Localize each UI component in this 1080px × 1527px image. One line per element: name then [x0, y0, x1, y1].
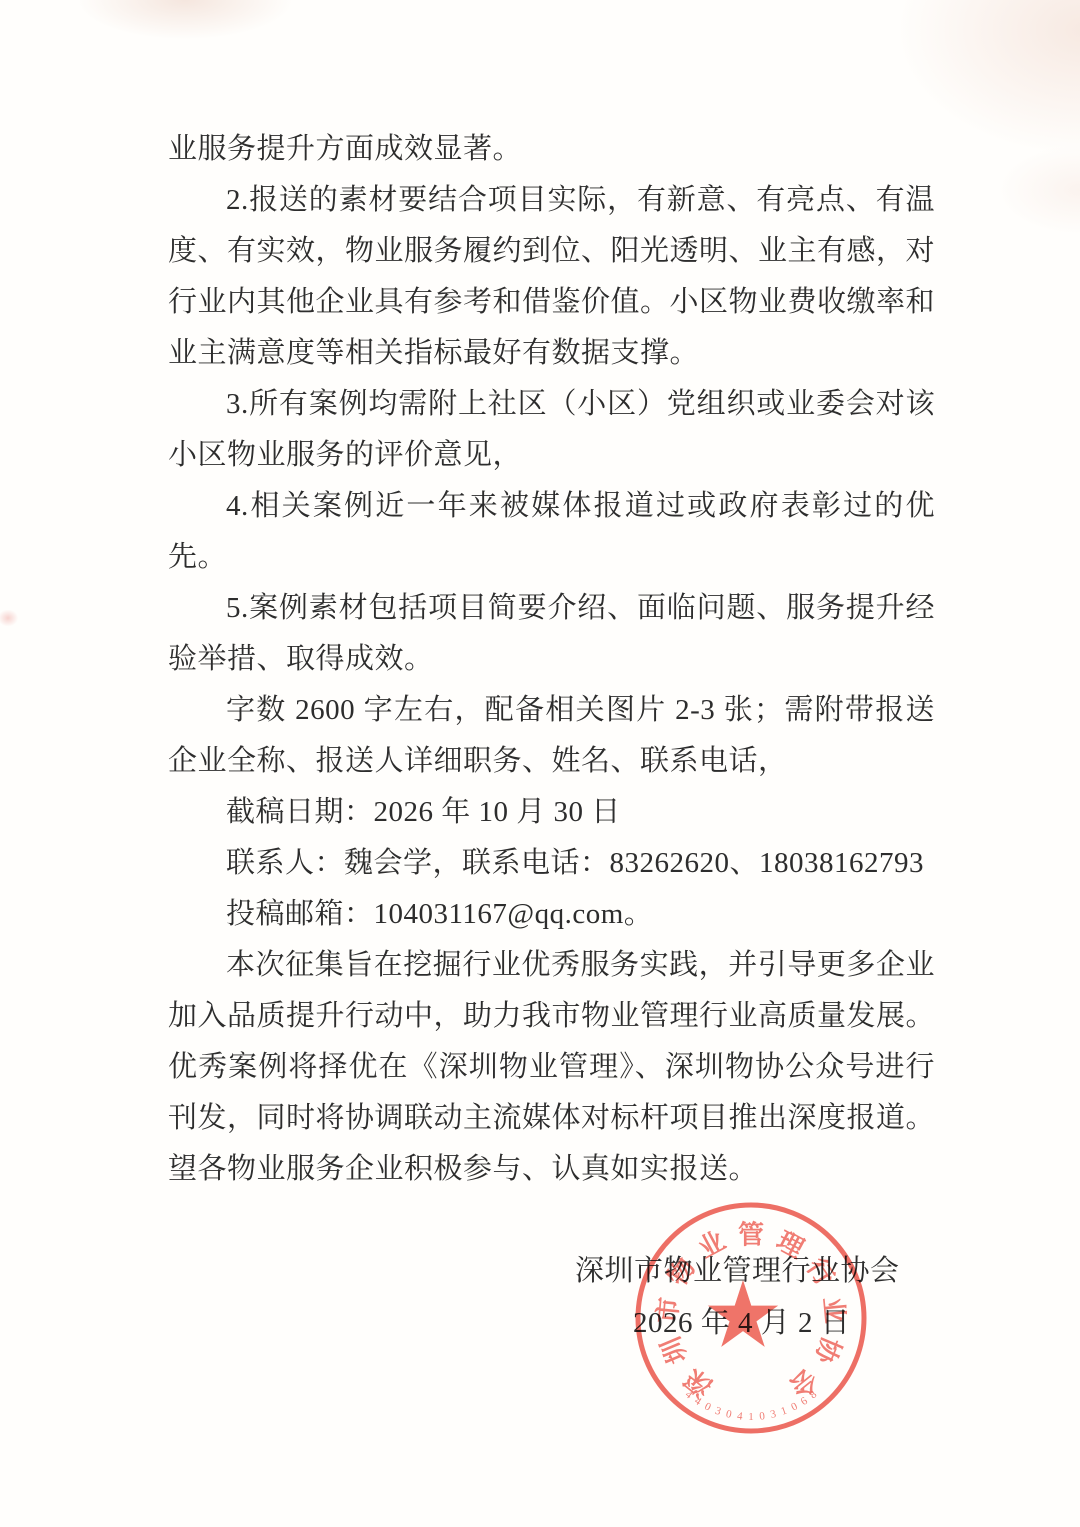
seal-ring-char: 物 [663, 1253, 702, 1291]
seal-ring-char: 圳 [656, 1333, 693, 1368]
seal-code-digit: 1 [748, 1411, 754, 1423]
seal-ring-char: 行 [801, 1253, 840, 1291]
seal-ring-char: 业 [818, 1296, 849, 1325]
seal-ring-char: 理 [772, 1226, 809, 1264]
document-body: 业服务提升方面成效显著。2.报送的素材要结合项目实际，有新意、有亮点、有温度、有… [168, 124, 935, 1195]
paragraph: 投稿邮箱：104031167@qq.com。 [168, 889, 935, 940]
paragraph: 2.报送的素材要结合项目实际，有新意、有亮点、有温度、有实效，物业服务履约到位、… [168, 175, 935, 379]
seal-star-icon [708, 1280, 778, 1347]
seal-code-digit: 0 [725, 1408, 734, 1421]
seal-ring-char: 业 [693, 1226, 730, 1264]
paragraph: 3.所有案例均需附上社区（小区）党组织或业委会对该小区物业服务的评价意见， [168, 379, 935, 481]
seal-code-digit: 3 [769, 1408, 778, 1421]
paragraph: 5.案例素材包括项目简要介绍、面临问题、服务提升经验举措、取得成效。 [168, 583, 935, 685]
seal-code-digit: 0 [702, 1400, 713, 1413]
seal-ring-char: 市 [653, 1296, 684, 1325]
seal-code-digit: 4 [736, 1410, 743, 1423]
seal-code-digit: 3 [713, 1405, 723, 1418]
paragraph: 业服务提升方面成效显著。 [168, 124, 935, 175]
seal-code-digit: 0 [789, 1400, 800, 1413]
official-seal: 深圳市物业管理行业协会4403041031068 [631, 1198, 871, 1438]
seal-code-digit: 0 [759, 1410, 766, 1423]
paragraph: 截稿日期：2026 年 10 月 30 日 [168, 787, 935, 838]
paragraph: 联系人：魏会学，联系电话：83262620、18038162793 [168, 838, 935, 889]
seal-ring-char: 管 [738, 1220, 764, 1250]
seal-ring-char: 协 [809, 1333, 846, 1369]
paragraph: 字数 2600 字左右，配备相关图片 2-3 张；需附带报送企业全称、报送人详细… [168, 685, 935, 787]
paragraph: 4.相关案例近一年来被媒体报道过或政府表彰过的优先。 [168, 481, 935, 583]
document-page: 业服务提升方面成效显著。2.报送的素材要结合项目实际，有新意、有亮点、有温度、有… [0, 0, 1080, 1527]
seal-code-digit: 1 [779, 1405, 788, 1418]
paragraph: 本次征集旨在挖掘行业优秀服务实践，并引导更多企业加入品质提升行动中，助力我市物业… [168, 940, 935, 1195]
